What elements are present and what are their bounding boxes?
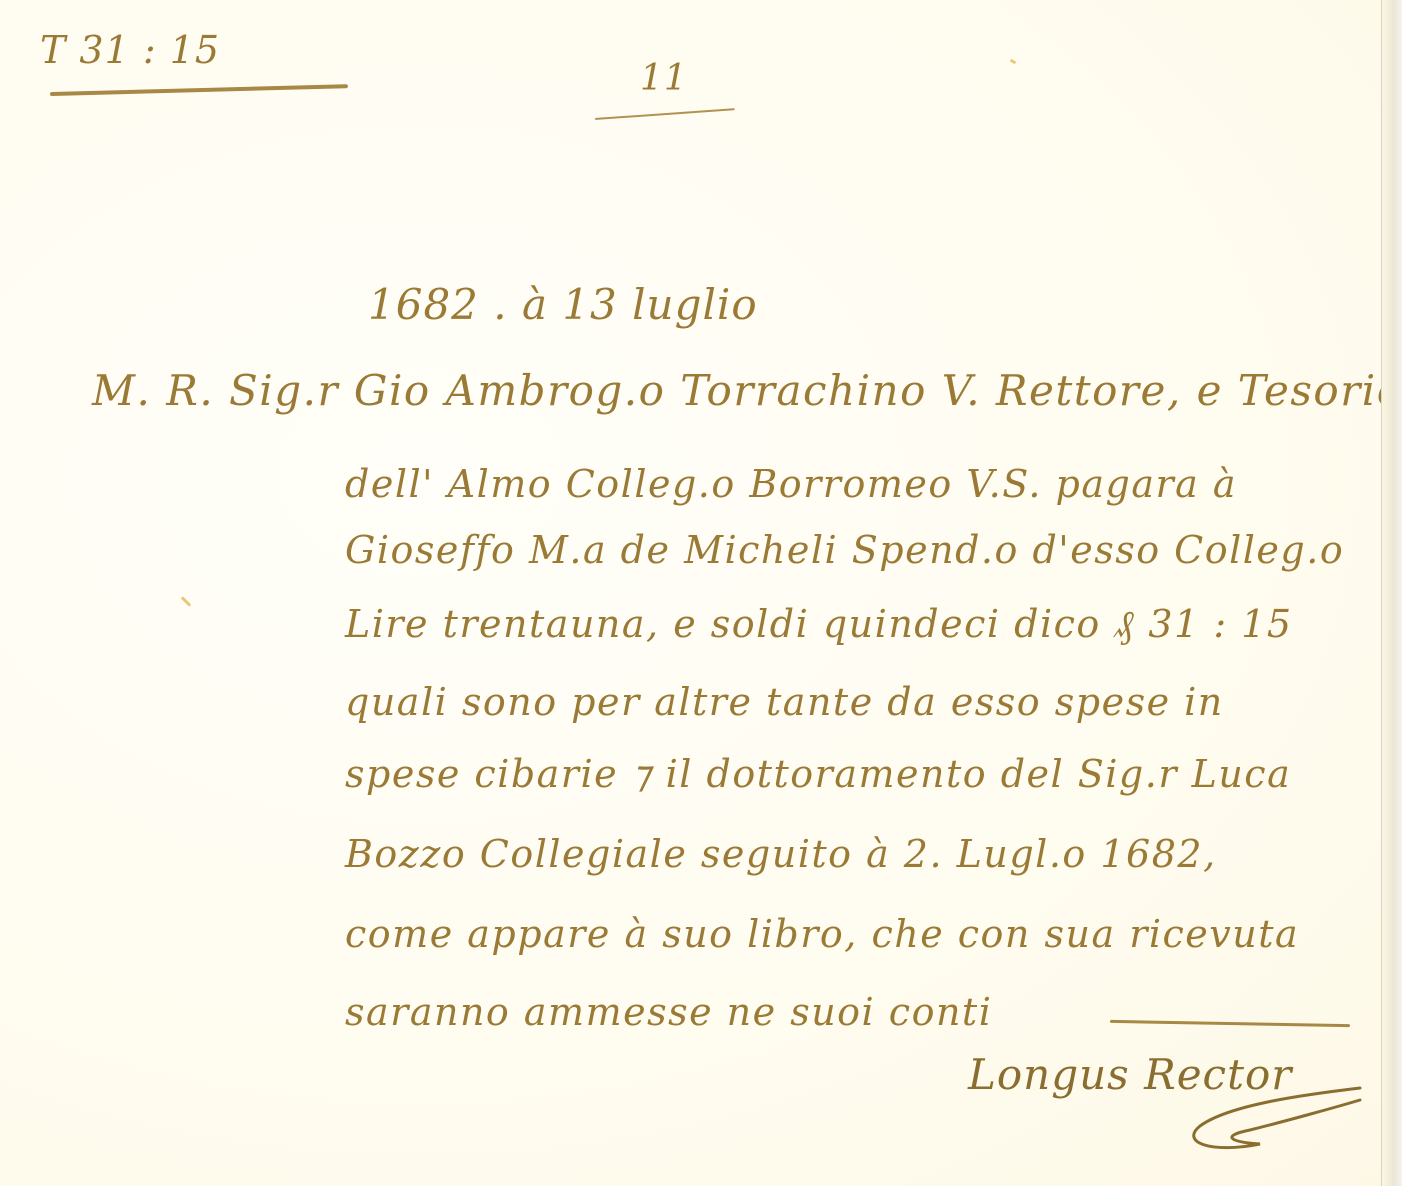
body-line-9: saranno ammesse ne suoi conti	[345, 990, 992, 1034]
manuscript-page: T 31 : 15 11 1682 . à 13 luglio M. R. Si…	[0, 0, 1402, 1186]
signature-flourish-icon	[1170, 1080, 1370, 1160]
folio-amount-note: T 31 : 15	[40, 28, 220, 72]
folio-number: 11	[640, 58, 688, 99]
body-line-2: dell' Almo Colleg.o Borromeo V.S. pagara…	[345, 462, 1237, 506]
date-line: 1682 . à 13 luglio	[368, 280, 758, 329]
body-line-4: Lire trentauna, e soldi quindeci dico ₰ …	[345, 602, 1293, 647]
folio-underline	[595, 108, 735, 120]
amount-underline	[50, 84, 348, 96]
body-line-3: Gioseffo M.a de Micheli Spend.o d'esso C…	[345, 528, 1344, 572]
body-line-5: quali sono per altre tante da esso spese…	[345, 680, 1224, 724]
paper-speck	[1010, 59, 1017, 65]
paper-speck	[181, 596, 192, 607]
body-line-7: Bozzo Collegiale seguito à 2. Lugl.o 168…	[345, 832, 1217, 876]
body-line-8: come appare à suo libro, che con sua ric…	[345, 912, 1299, 956]
body-line-1: M. R. Sig.r Gio Ambrog.o Torrachino V. R…	[92, 366, 1402, 415]
body-line-6: spese cibarie ⁊ il dottoramento del Sig.…	[345, 752, 1291, 796]
paper-edge	[1381, 0, 1402, 1186]
signature-rule	[1110, 1020, 1350, 1027]
